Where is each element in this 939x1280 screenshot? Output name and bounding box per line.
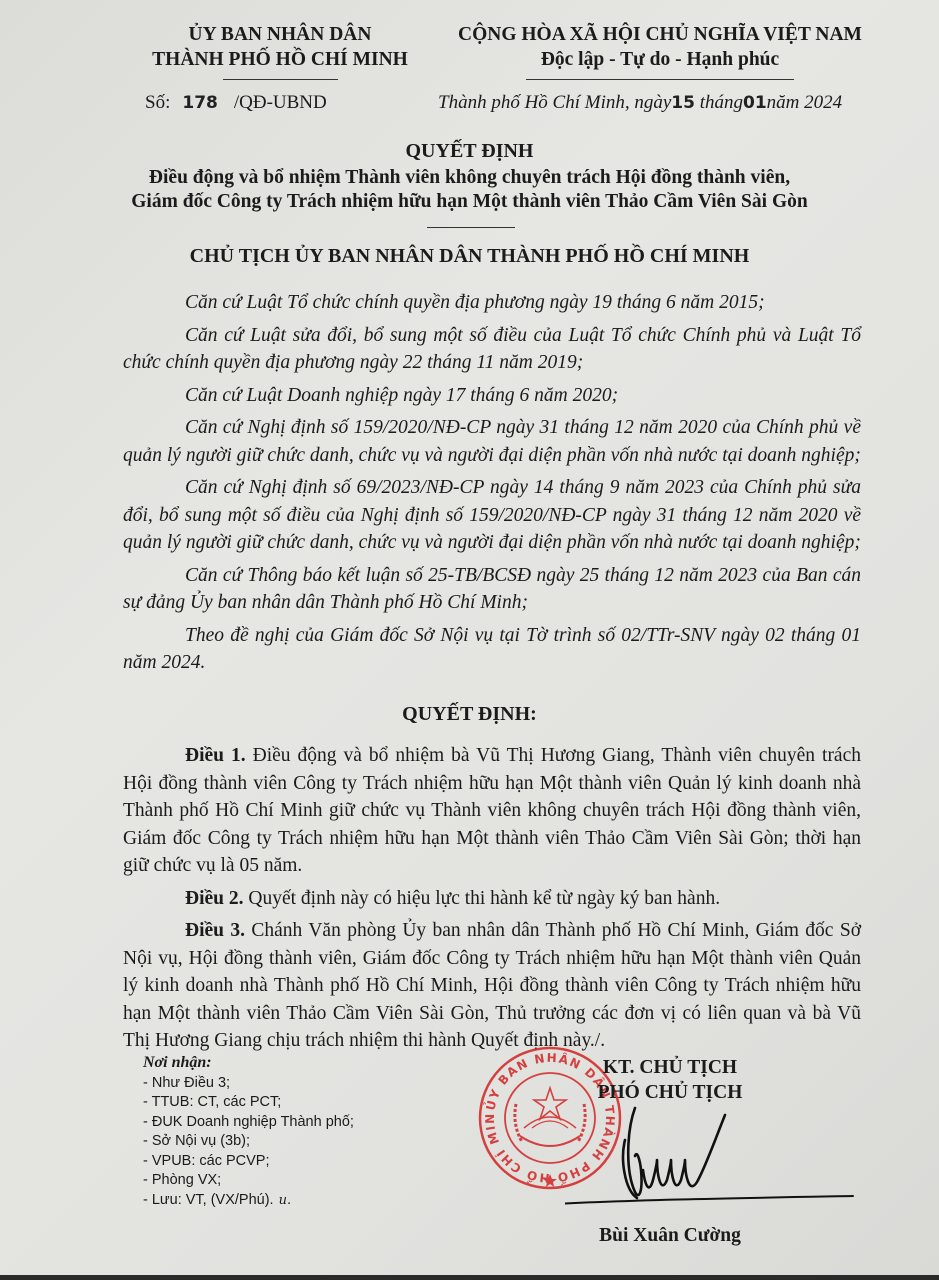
recipient-item-text: - Lưu: VT, (VX/Phú).	[143, 1192, 274, 1208]
document-type: QUYẾT ĐỊNH	[0, 140, 939, 163]
recipient-item: - ĐUK Doanh nghiệp Thành phố;	[143, 1113, 354, 1133]
date-month-label: tháng	[700, 92, 743, 113]
article-label: Điều 3.	[185, 920, 245, 941]
article-label: Điều 2.	[185, 888, 244, 909]
recipient-item: - Lưu: VT, (VX/Phú).u.	[143, 1191, 354, 1211]
issuing-authority: CHỦ TỊCH ỦY BAN NHÂN DÂN THÀNH PHỐ HỒ CH…	[0, 245, 939, 268]
sign-position-line: PHÓ CHỦ TỊCH	[560, 1080, 780, 1105]
agency-divider	[223, 79, 338, 80]
national-header: CỘNG HÒA XÃ HỘI CHỦ NGHĨA VIỆT NAM Độc l…	[430, 22, 890, 80]
recipient-item: - Như Điều 3;	[143, 1074, 354, 1094]
decision-heading: QUYẾT ĐỊNH:	[0, 703, 939, 726]
number-suffix: /QĐ-UBND	[234, 92, 327, 113]
recipient-item: - Sở Nội vụ (3b);	[143, 1132, 354, 1152]
issue-date: Thành phố Hồ Chí Minh, ngày15 tháng01năm…	[438, 92, 842, 114]
photo-bottom-edge	[0, 1275, 939, 1280]
date-month: 01	[743, 93, 767, 113]
handwritten-initial: u.	[279, 1193, 292, 1208]
article-label: Điều 1.	[185, 745, 246, 766]
agency-line-2: THÀNH PHỐ HỒ CHÍ MINH	[130, 47, 430, 72]
legal-basis: Căn cứ Nghị định số 69/2023/NĐ-CP ngày 1…	[123, 474, 861, 557]
subject-line-1: Điều động và bổ nhiệm Thành viên không c…	[0, 166, 939, 190]
document-subject: Điều động và bổ nhiệm Thành viên không c…	[0, 166, 939, 214]
document-number: Số:178/QĐ-UBND	[145, 92, 327, 114]
recipient-item: - Phòng VX;	[143, 1171, 354, 1191]
agency-header: ỦY BAN NHÂN DÂN THÀNH PHỐ HỒ CHÍ MINH	[130, 22, 430, 80]
subject-line-2: Giám đốc Công ty Trách nhiệm hữu hạn Một…	[0, 190, 939, 214]
recipient-item: - TTUB: CT, các PCT;	[143, 1093, 354, 1113]
signature-block-title: KT. CHỦ TỊCH PHÓ CHỦ TỊCH	[560, 1055, 780, 1105]
articles: Điều 1. Điều động và bổ nhiệm bà Vũ Thị …	[123, 742, 861, 1060]
date-prefix: Thành phố Hồ Chí Minh, ngày	[438, 92, 671, 113]
article-text: Quyết định này có hiệu lực thi hành kể t…	[244, 888, 721, 909]
title-divider	[427, 227, 515, 228]
article-2: Điều 2. Quyết định này có hiệu lực thi h…	[123, 885, 861, 913]
article-3: Điều 3. Chánh Văn phòng Ủy ban nhân dân …	[123, 917, 861, 1055]
sign-authority-line: KT. CHỦ TỊCH	[560, 1055, 780, 1080]
date-year: năm 2024	[767, 92, 842, 113]
legal-basis: Căn cứ Luật Doanh nghiệp ngày 17 tháng 6…	[123, 382, 861, 410]
nation-motto: Độc lập - Tự do - Hạnh phúc	[430, 47, 890, 72]
legal-basis: Căn cứ Thông báo kết luận số 25-TB/BCSĐ …	[123, 562, 861, 617]
legal-basis: Căn cứ Luật sửa đổi, bổ sung một số điều…	[123, 322, 861, 377]
legal-basis: Theo đề nghị của Giám đốc Sở Nội vụ tại …	[123, 622, 861, 677]
motto-underline	[526, 79, 794, 80]
nation-line-1: CỘNG HÒA XÃ HỘI CHỦ NGHĨA VIỆT NAM	[430, 22, 890, 47]
signer-name: Bùi Xuân Cường	[560, 1225, 780, 1247]
recipient-item: - VPUB: các PCVP;	[143, 1152, 354, 1172]
number-prefix: Số:	[145, 92, 170, 113]
handwritten-number: 178	[170, 93, 234, 113]
recipients-list: Nơi nhận: - Như Điều 3; - TTUB: CT, các …	[143, 1053, 354, 1210]
legal-bases: Căn cứ Luật Tổ chức chính quyền địa phươ…	[123, 289, 861, 682]
legal-basis: Căn cứ Luật Tổ chức chính quyền địa phươ…	[123, 289, 861, 317]
article-1: Điều 1. Điều động và bổ nhiệm bà Vũ Thị …	[123, 742, 861, 880]
handwritten-signature-icon	[565, 1100, 855, 1210]
legal-basis: Căn cứ Nghị định số 159/2020/NĐ-CP ngày …	[123, 414, 861, 469]
recipients-heading: Nơi nhận:	[143, 1053, 354, 1073]
agency-line-1: ỦY BAN NHÂN DÂN	[130, 22, 430, 47]
date-day: 15	[671, 93, 695, 113]
